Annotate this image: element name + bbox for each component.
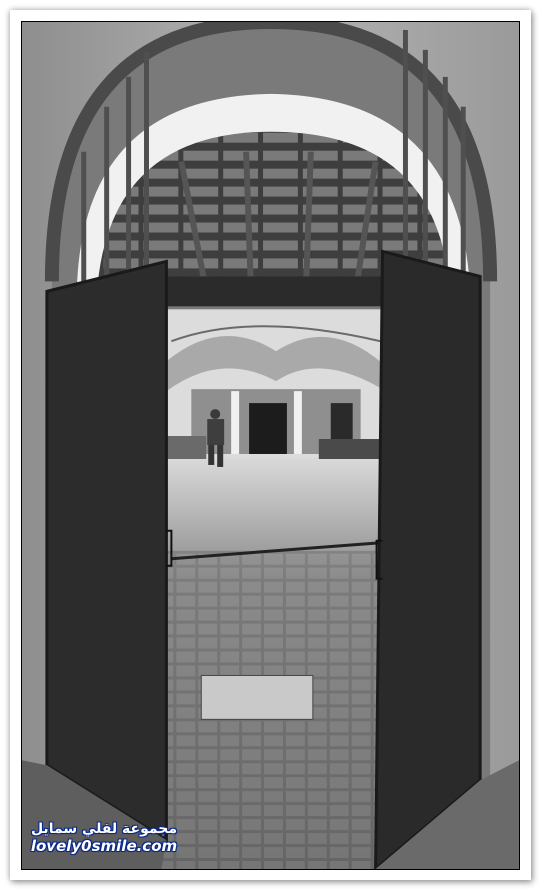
- gate-scene: [22, 22, 519, 869]
- watermark-arabic-text: مجموعة لفلي سمايل: [30, 822, 178, 836]
- site-watermark: مجموعة لفلي سمايل lovely0smile.com: [30, 822, 178, 854]
- watermark-site-text: lovely0smile.com: [30, 839, 178, 854]
- gate-photograph: [21, 21, 520, 870]
